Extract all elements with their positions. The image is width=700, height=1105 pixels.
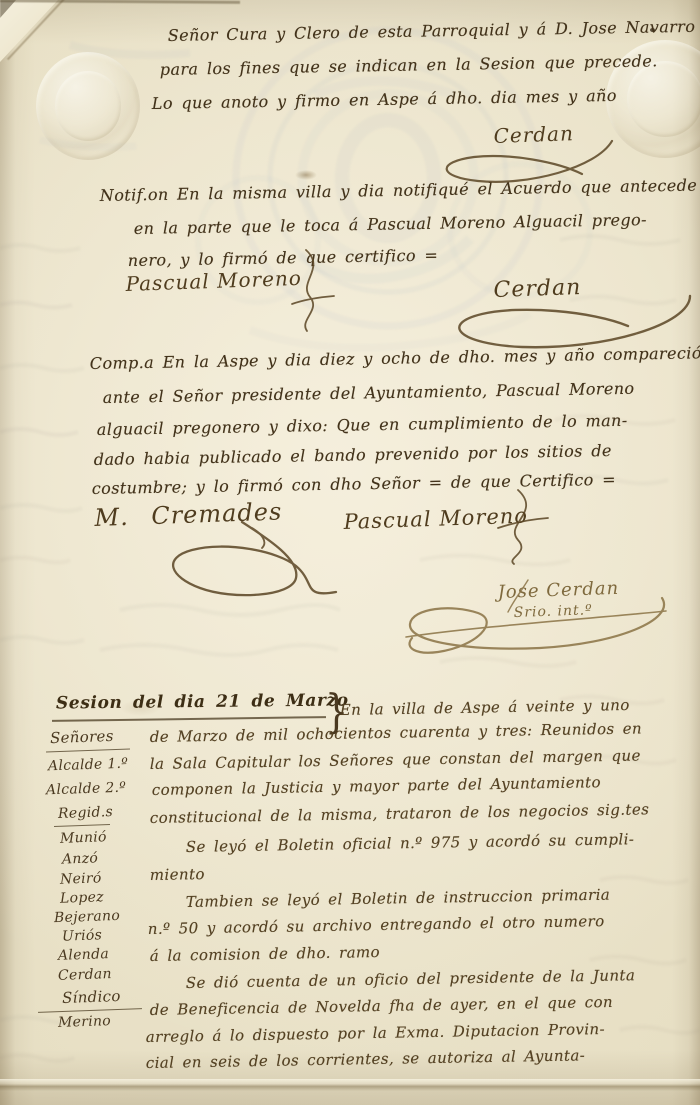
session-body-line: En la villa de Aspe á veinte y uno: [340, 696, 630, 719]
margin-item-alcalde1: Alcalde 1.º: [48, 756, 129, 775]
margin-sindico-underline: [38, 1008, 142, 1013]
session-body-line: constitucional de la misma, trataron de …: [150, 800, 650, 827]
rubric-pascual-1-cross: [292, 296, 334, 304]
closing-note-line: para los fines que se indican en la Sesi…: [160, 51, 658, 79]
embossed-seal-left: [36, 52, 140, 160]
session-body-line: Tambien se leyó el Boletin de instruccio…: [186, 886, 611, 911]
session-body-line: Se dió cuenta de un oficio del president…: [186, 966, 636, 992]
session-body-line: cial en seis de los corrientes, se autor…: [146, 1046, 586, 1072]
manuscript-page: Señor Cura y Clero de esta Parroquial y …: [0, 0, 700, 1105]
flourish-cremades-knot: [252, 528, 264, 548]
notification-line: en la parte que le toca á Pascual Moreno…: [134, 210, 647, 238]
session-body-line: de Beneficencia de Novelda fha de ayer, …: [150, 993, 613, 1019]
margin-header-underline: [46, 749, 130, 753]
margin-item-lopez: Lopez: [60, 889, 104, 907]
session-body-line: miento: [150, 865, 205, 884]
comparecencia-line: dado habia publicado el bando prevenido …: [94, 441, 612, 469]
signature-jose-cerdan: Jose Cerdan: [497, 578, 619, 603]
margin-item-urios: Uriós: [62, 927, 103, 944]
notification-line: Notif.on En la misma villa y dia notifiq…: [100, 176, 698, 205]
margin-item-regidores: Regid.s: [58, 804, 113, 822]
margin-item-sindico: Síndico: [62, 987, 121, 1007]
session-heading-underline: [52, 716, 326, 721]
signature-pascual-moreno-2: Pascual Moreno: [343, 504, 528, 534]
session-body-line: arreglo á lo dispuesto por la Exma. Dipu…: [146, 1020, 605, 1046]
session-body-line: á la comision de dho. ramo: [150, 943, 380, 965]
signature-pascual-moreno-1: Pascual Moreno: [125, 266, 302, 296]
embossed-seal-left-inner: [55, 71, 122, 140]
comparecencia-line: Comp.a En la Aspe y dia diez y ocho de d…: [90, 343, 700, 373]
signature-cerdan-1: Cerdan: [493, 121, 574, 148]
margin-item-anzo: Anzó: [62, 850, 99, 867]
comparecencia-line: costumbre; y lo firmó con dho Señor = de…: [92, 470, 617, 498]
signature-cremades: M. Cremades: [94, 497, 283, 532]
showthrough-stamp-layer: [0, 0, 700, 1105]
session-body-line: componen la Justicia y mayor parte del A…: [152, 773, 601, 799]
flourish-cremades: [173, 522, 336, 595]
embossed-seal-right-inner: [627, 61, 700, 137]
margin-item-munio: Munió: [60, 829, 107, 847]
flourish-cerdan-1: [447, 141, 612, 182]
flourish-layer: [0, 0, 700, 1105]
margin-item-alenda: Alenda: [58, 946, 110, 964]
margin-item-neiro: Neiró: [60, 870, 102, 887]
closing-note-line: Señor Cura y Clero de esta Parroquial y …: [168, 17, 696, 45]
comparecencia-line: ante el Señor presidente del Ayuntamient…: [103, 379, 635, 407]
signature-jose-cerdan-title: Srio. int.º: [513, 602, 593, 621]
margin-header-senores: Señores: [50, 727, 114, 747]
session-body-line: Se leyó el Boletin oficial n.º 975 y aco…: [186, 830, 635, 856]
margin-item-bejerano: Bejerano: [54, 908, 121, 926]
margin-regidores-underline: [54, 824, 110, 827]
comparecencia-line: alguacil pregonero y dixo: Que en cumpli…: [97, 411, 628, 439]
flourish-cerdan-2: [459, 296, 690, 347]
session-body-line: de Marzo de mil ochocientos cuarenta y t…: [150, 719, 643, 746]
bottom-crease: [0, 1079, 700, 1091]
signature-cerdan-2: Cerdan: [493, 275, 582, 303]
session-body-line: la Sala Capitular los Señores que consta…: [150, 746, 641, 773]
closing-note-line: Lo que anoto y firmo en Aspe á dho. dia …: [152, 86, 617, 113]
smudge-stain: [295, 170, 317, 180]
margin-item-cerdan: Cerdan: [58, 966, 112, 984]
session-heading: Sesion del dia 21 de Marzo: [56, 690, 349, 713]
margin-item-alcalde2: Alcalde 2.º: [46, 780, 127, 799]
margin-item-merino: Merino: [58, 1013, 112, 1031]
session-body-line: n.º 50 y acordó su archivo entregando el…: [148, 912, 605, 938]
